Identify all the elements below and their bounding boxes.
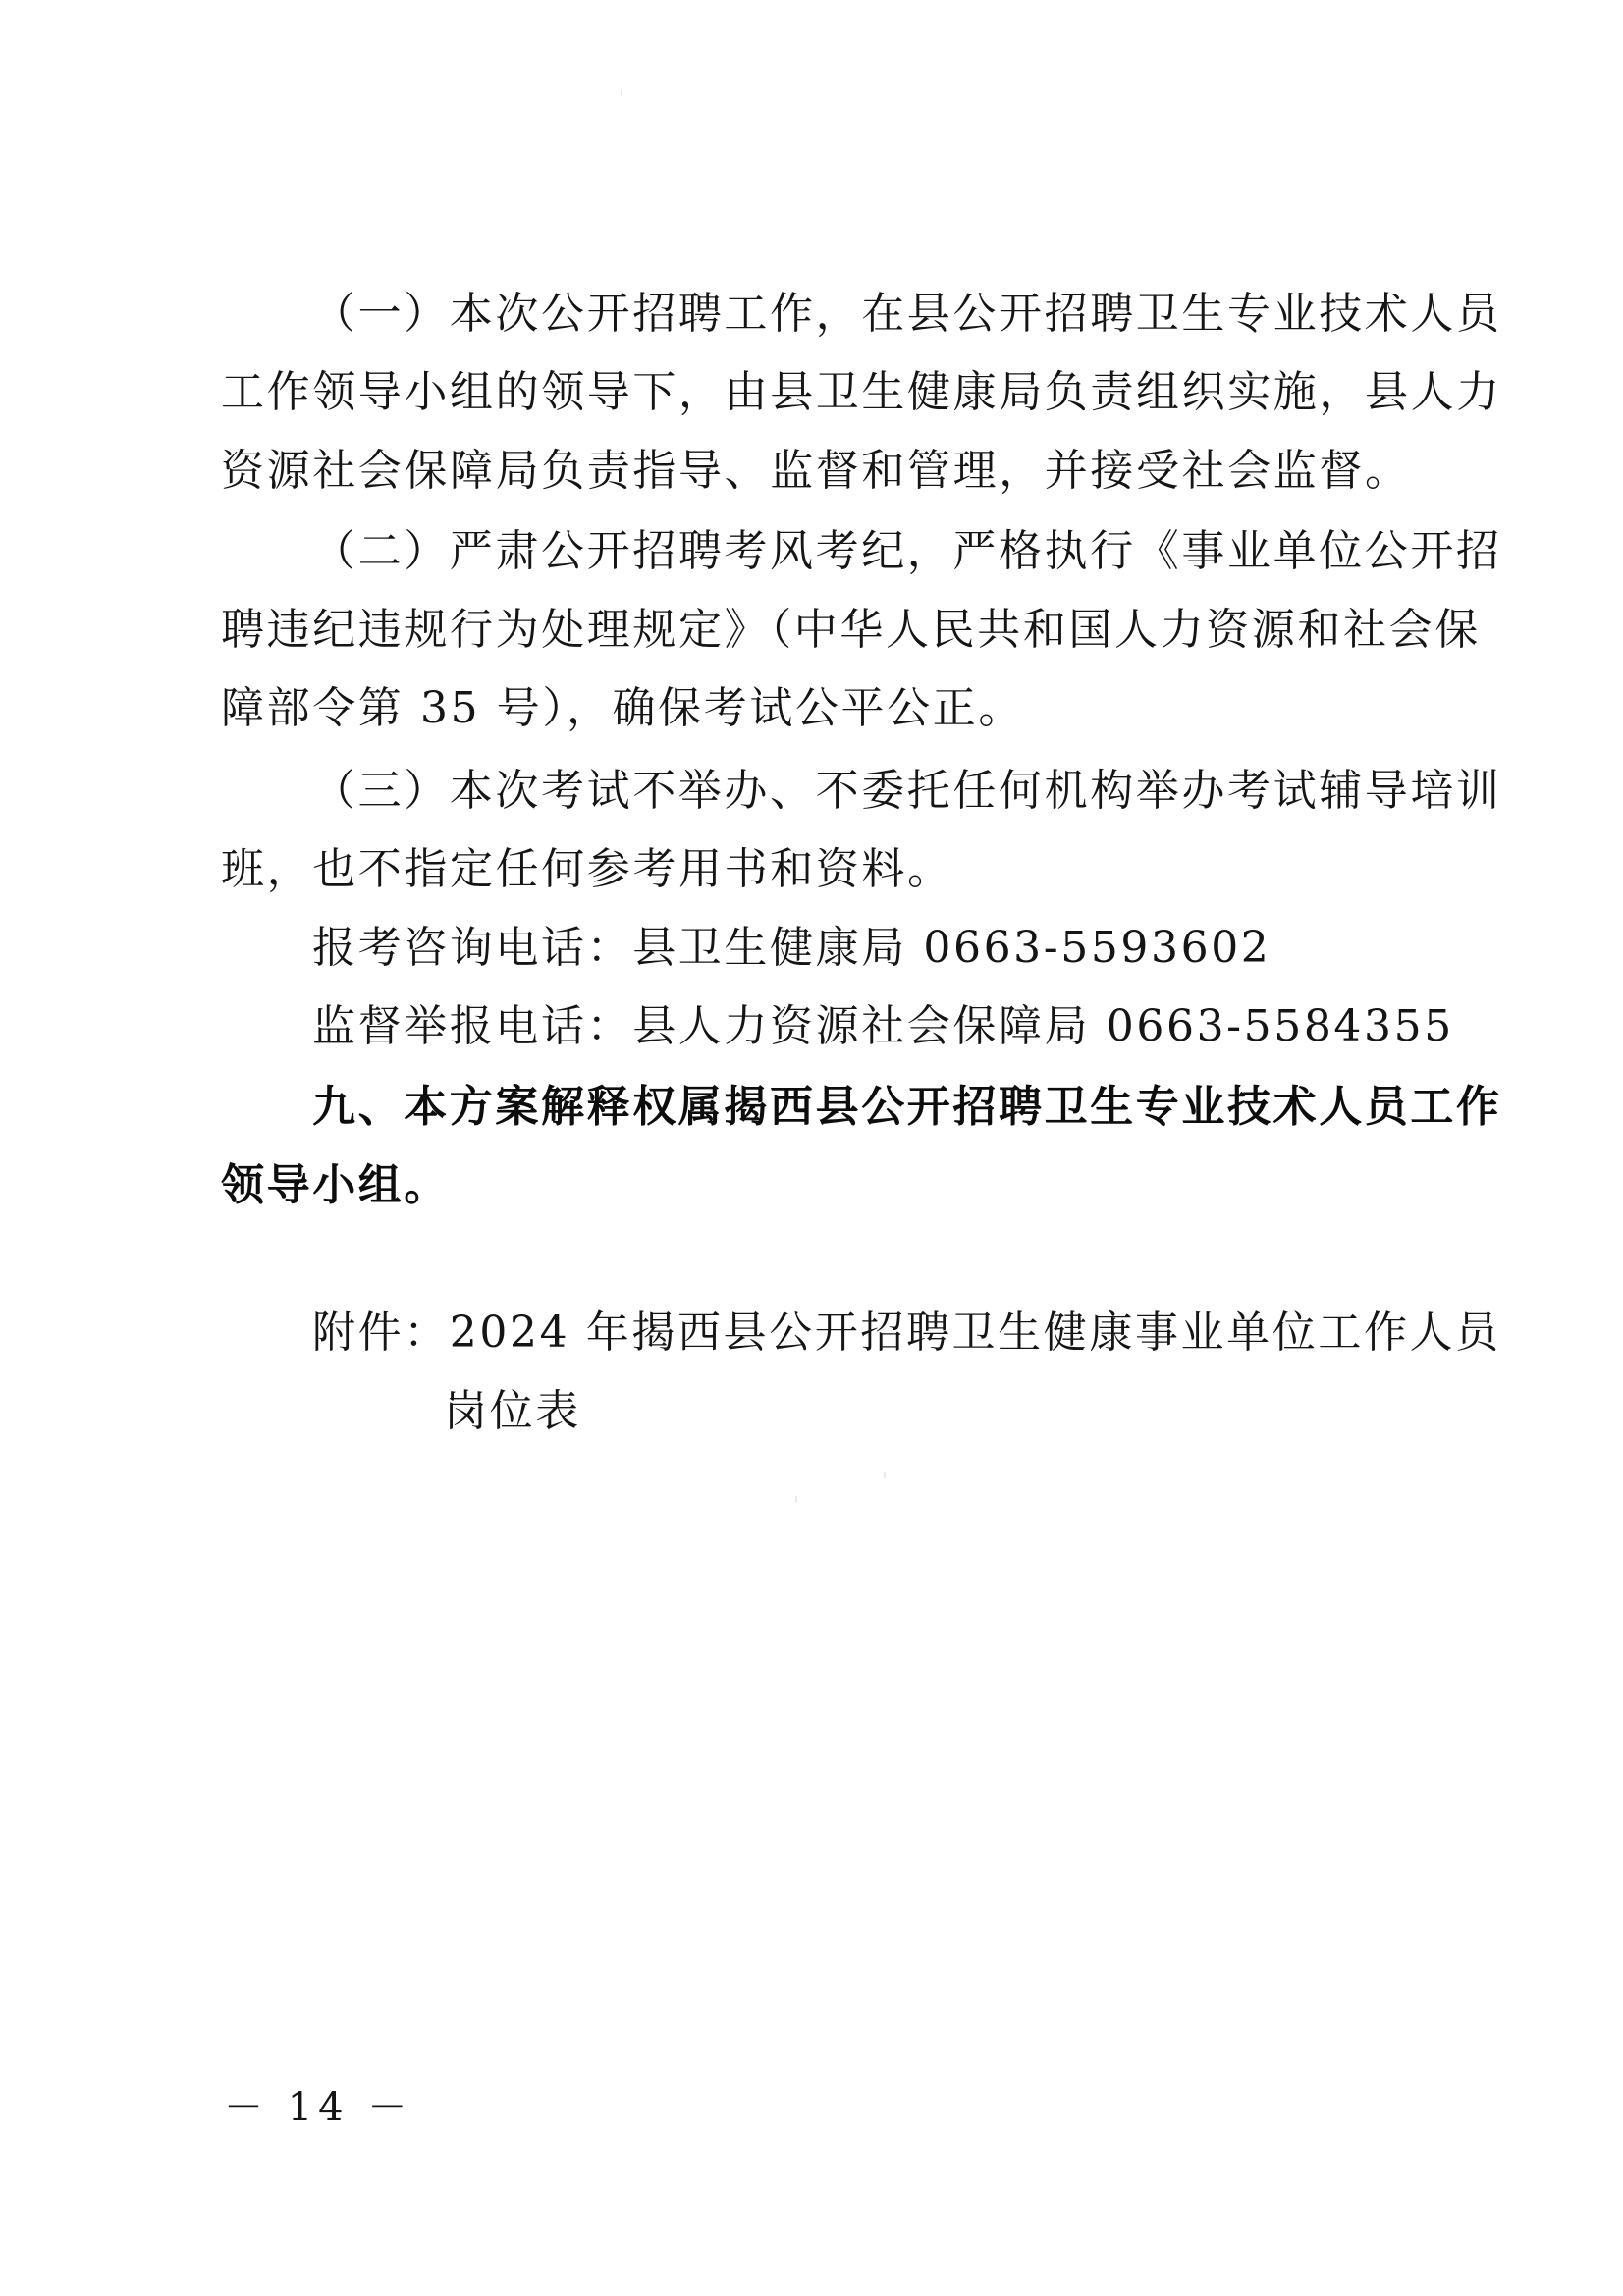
page-number: － 14 － (224, 2083, 412, 2132)
item-3-line-1: （三）本次考试不举办、不委托任何机构举办考试辅导培训 (312, 762, 1414, 821)
item-1-line-3: 资源社会保障局负责指导、监督和管理，并接受社会监督。 (221, 442, 1414, 501)
item-2-line-3: 障部令第 35 号），确保考试公平公正。 (221, 679, 1414, 738)
scan-artifact (795, 1496, 797, 1502)
attachment-line-2: 岗位表 (444, 1382, 1623, 1441)
item-2-line-2: 聘违纪违规行为处理规定》（中华人民共和国人力资源和社会保 (221, 601, 1414, 660)
item-1-line-1: （一）本次公开招聘工作，在县公开招聘卫生专业技术人员 (312, 285, 1414, 344)
item-2-line-1: （二）严肃公开招聘考风考纪，严格执行《事业单位公开招 (312, 522, 1414, 581)
item-3-line-2: 班，也不指定任何参考用书和资料。 (221, 840, 1414, 899)
inquiry-phone-line: 报考咨询电话：县卫生健康局 0663-5593602 (312, 919, 1414, 978)
document-page: （一）本次公开招聘工作，在县公开招聘卫生专业技术人员 工作领导小组的领导下，由县… (0, 0, 1623, 2296)
supervision-phone-line: 监督举报电话：县人力资源社会保障局 0663-5584355 (312, 997, 1414, 1056)
section-nine-line-2: 领导小组。 (221, 1156, 1414, 1215)
scan-artifact (621, 90, 622, 96)
scan-artifact (884, 1472, 886, 1478)
attachment-line-1: 附件：2024 年揭西县公开招聘卫生健康事业单位工作人员 (312, 1304, 1414, 1362)
item-1-line-2: 工作领导小组的领导下，由县卫生健康局负责组织实施，县人力 (221, 363, 1414, 422)
section-nine-line-1: 九、本方案解释权属揭西县公开招聘卫生专业技术人员工作 (312, 1078, 1414, 1137)
